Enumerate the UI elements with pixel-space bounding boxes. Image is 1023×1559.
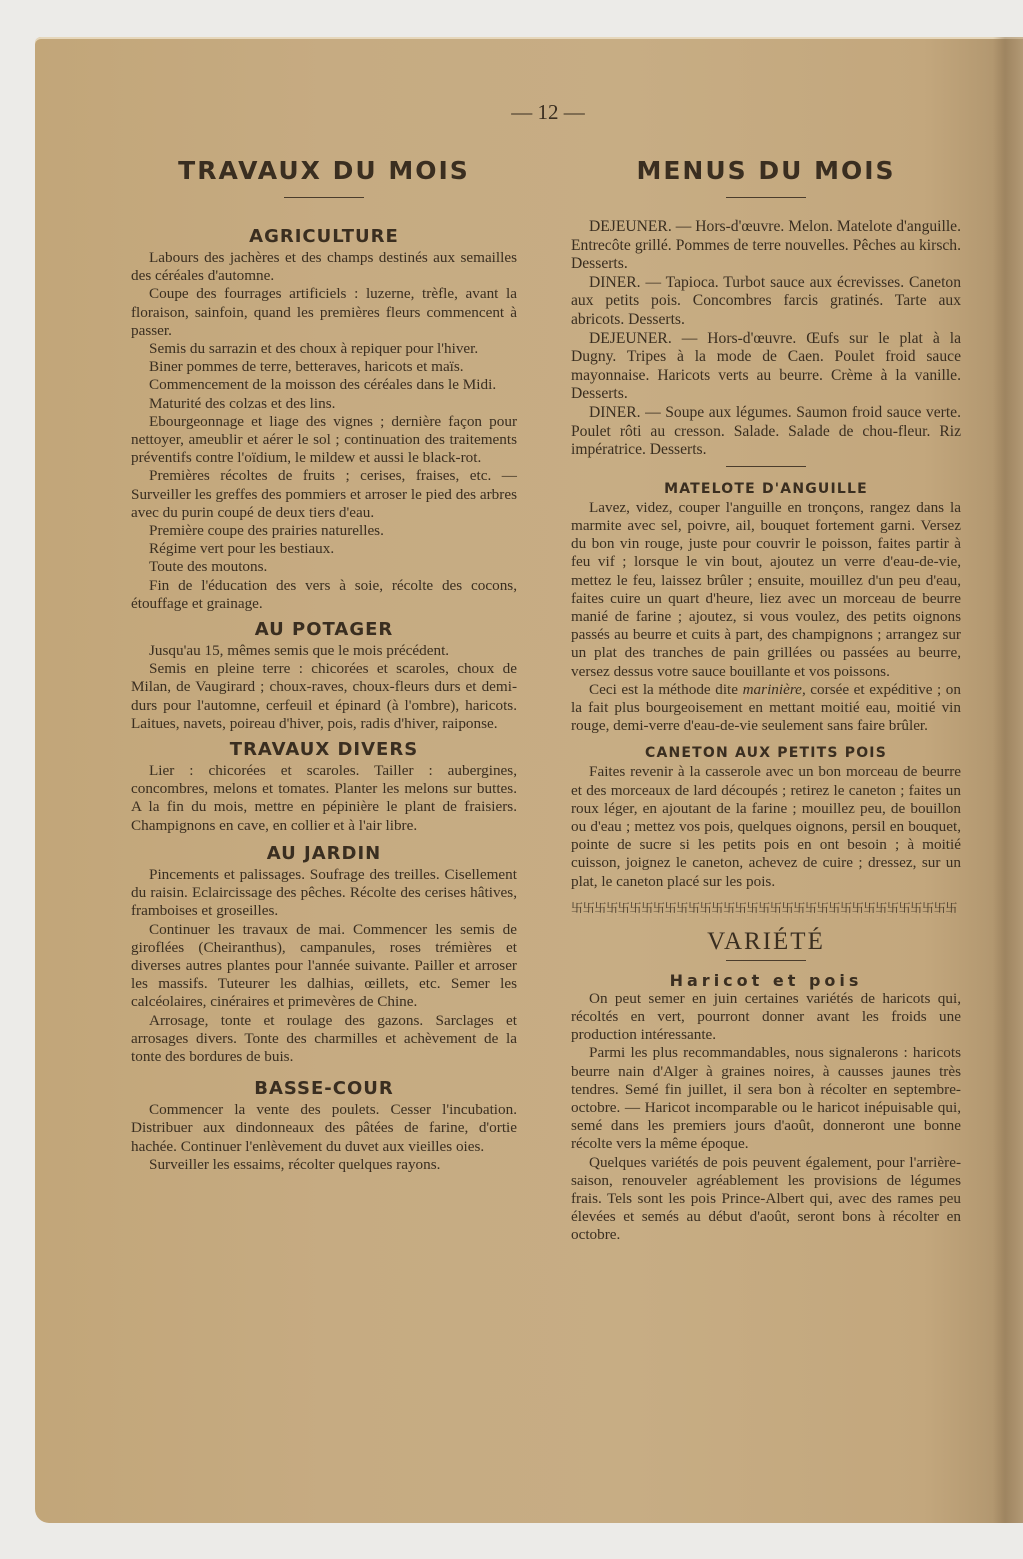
variete-subtitle: Haricot et pois	[571, 971, 961, 990]
paragraph: Coupe des fourrages artificiels : luzern…	[131, 285, 517, 340]
paragraph: Fin de l'éducation des vers à soie, réco…	[131, 577, 517, 613]
section-heading: TRAVAUX DIVERS	[131, 739, 517, 760]
paragraph: Continuer les travaux de mai. Commencer …	[131, 921, 517, 1012]
paragraph: Semis du sarrazin et des choux à repique…	[131, 340, 517, 358]
paragraph: Ebourgeonnage et liage des vignes ; dern…	[131, 413, 517, 468]
column-title: TRAVAUX DU MOIS	[131, 156, 517, 185]
paragraph: Lier : chicorées et scaroles. Tailler : …	[131, 762, 517, 835]
section-basse-cour: BASSE-COUR Commencer la vente des poulet…	[131, 1078, 517, 1174]
section-au-jardin: AU JARDIN Pincements et palissages. Souf…	[131, 843, 517, 1066]
section-agriculture: AGRICULTURE Labours des jachères et des …	[131, 226, 517, 613]
paragraph: Jusqu'au 15, mêmes semis que le mois pré…	[131, 642, 517, 660]
paragraph: Maturité des colzas et des lins.	[131, 395, 517, 413]
paragraph: Commencement de la moisson des céréales …	[131, 376, 517, 394]
variete-section: VARIÉTÉ Haricot et pois On peut semer en…	[571, 928, 961, 1245]
binding-gutter	[993, 37, 1023, 1523]
title-rule	[726, 197, 806, 198]
paragraph: On peut semer en juin certaines variétés…	[571, 990, 961, 1045]
menus-column: MENUS DU MOIS DEJEUNER. — Hors-d'œuvre. …	[571, 150, 961, 1245]
menu-list: DEJEUNER. — Hors-d'œuvre. Melon. Matelot…	[571, 218, 961, 460]
italic-term: marinière	[743, 681, 802, 698]
paragraph: Régime vert pour les bestiaux.	[131, 540, 517, 558]
paragraph: Première coupe des prairies naturelles.	[131, 522, 517, 540]
paragraph: Faites revenir à la casserole avec un bo…	[571, 763, 961, 890]
paragraph: Lavez, videz, couper l'anguille en tronç…	[571, 499, 961, 681]
menu-item: DEJEUNER. — Hors-d'œuvre. Melon. Matelot…	[571, 218, 961, 274]
paragraph: Arrosage, tonte et roulage des gazons. S…	[131, 1012, 517, 1067]
page-number: — 12 —	[488, 100, 608, 125]
paragraph: Quelques variétés de pois peuvent égalem…	[571, 1154, 961, 1245]
recipe-caneton: CANETON AUX PETITS POIS Faites revenir à…	[571, 745, 961, 890]
recipe-heading: MATELOTE D'ANGUILLE	[571, 481, 961, 497]
text-run: Ceci est la méthode dite	[589, 681, 743, 698]
title-rule	[284, 197, 364, 198]
paragraph: Commencer la vente des poulets. Cesser l…	[131, 1101, 517, 1156]
paragraph: Ceci est la méthode dite marinière, cors…	[571, 681, 961, 736]
section-heading: AGRICULTURE	[131, 226, 517, 247]
menu-item: DEJEUNER. — Hors-d'œuvre. Œufs sur le pl…	[571, 330, 961, 404]
paragraph: Surveiller les essaims, récolter quelque…	[131, 1156, 517, 1174]
recipe-matelote: MATELOTE D'ANGUILLE Lavez, videz, couper…	[571, 481, 961, 736]
paragraph: Toute des moutons.	[131, 558, 517, 576]
menu-rule	[726, 466, 806, 467]
paragraph: Biner pommes de terre, betteraves, haric…	[131, 358, 517, 376]
paragraph: Premières récoltes de fruits ; cerises, …	[131, 467, 517, 522]
section-heading: AU POTAGER	[131, 619, 517, 640]
paragraph: Parmi les plus recommandables, nous sign…	[571, 1044, 961, 1153]
section-travaux-divers: TRAVAUX DIVERS Lier : chicorées et scaro…	[131, 739, 517, 835]
recipe-heading: CANETON AUX PETITS POIS	[571, 745, 961, 761]
column-title: MENUS DU MOIS	[571, 156, 961, 185]
travaux-column: TRAVAUX DU MOIS AGRICULTURE Labours des …	[131, 150, 517, 1174]
variete-title: VARIÉTÉ	[571, 928, 961, 956]
section-au-potager: AU POTAGER Jusqu'au 15, mêmes semis que …	[131, 619, 517, 733]
variete-rule	[726, 960, 806, 961]
section-heading: BASSE-COUR	[131, 1078, 517, 1099]
menu-item: DINER. — Tapioca. Turbot sauce aux écrev…	[571, 274, 961, 330]
paragraph: Pincements et palissages. Soufrage des t…	[131, 866, 517, 921]
section-heading: AU JARDIN	[131, 843, 517, 864]
menu-item: DINER. — Soupe aux légumes. Saumon froid…	[571, 404, 961, 460]
paragraph: Semis en pleine terre : chicorées et sca…	[131, 660, 517, 733]
paragraph: Labours des jachères et des champs desti…	[131, 249, 517, 285]
fret-ornament: 卐卐卐卐卐卐卐卐卐卐卐卐卐卐卐卐卐卐卐卐卐卐卐卐卐卐卐卐卐卐卐卐卐	[571, 899, 961, 916]
